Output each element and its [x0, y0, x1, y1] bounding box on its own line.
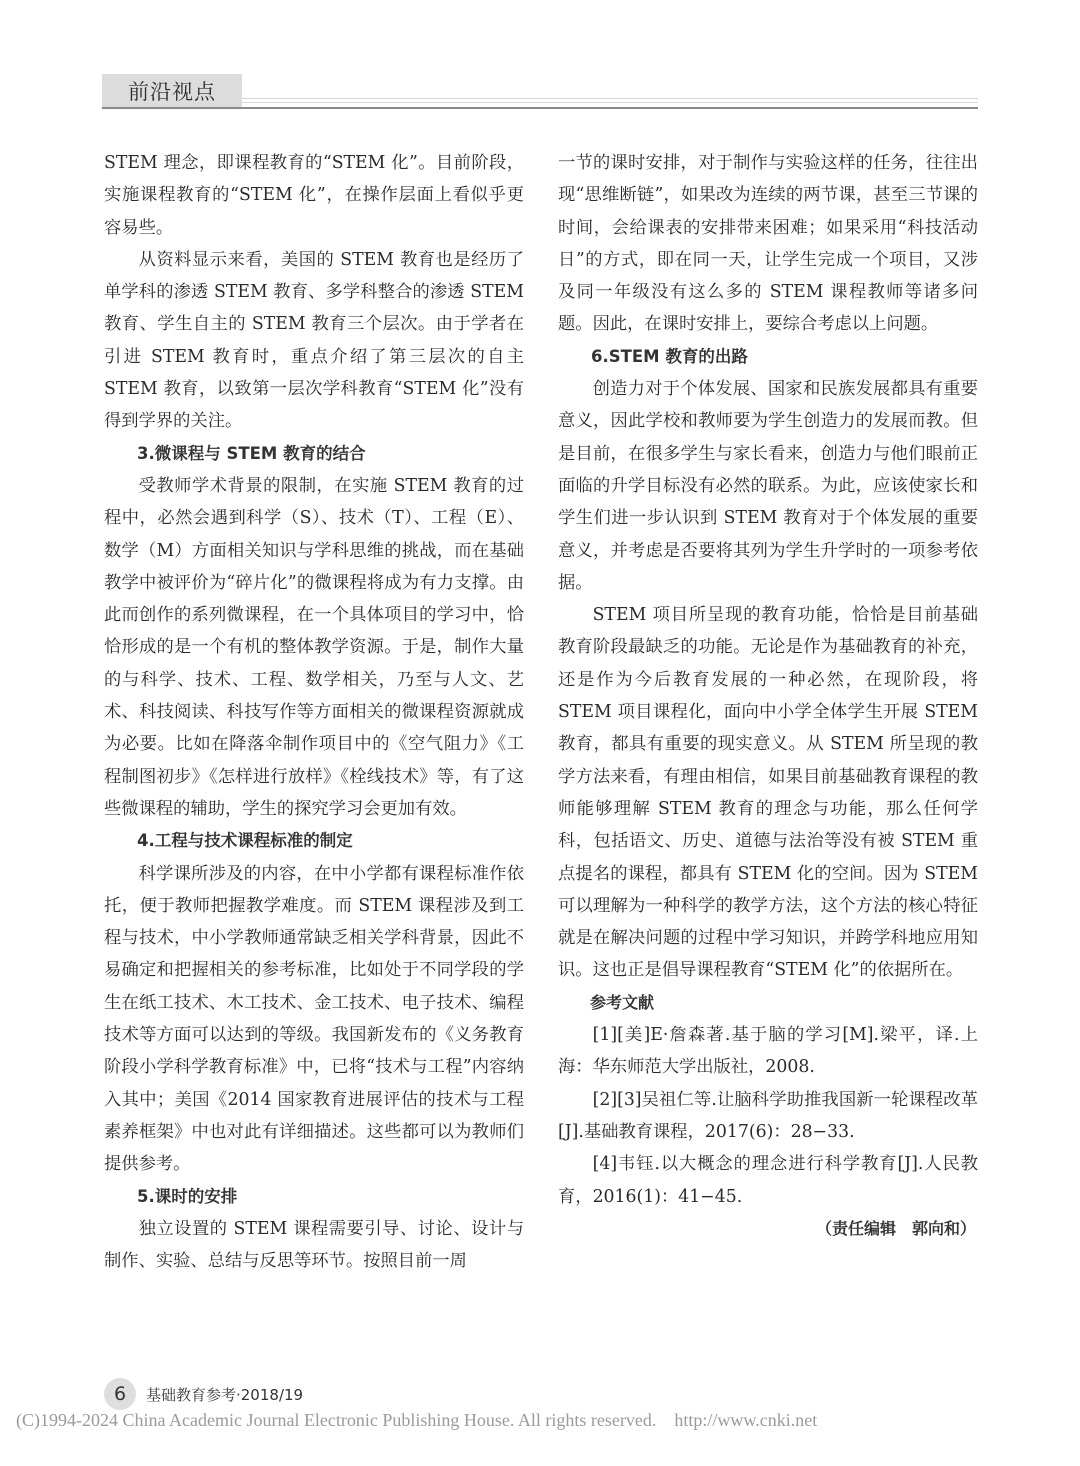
page-footer: 6 基础教育参考·2018/19 [104, 1378, 303, 1410]
paragraph: STEM 理念，即课程教育的“STEM 化”。目前阶段，实施课程教育的“STEM… [104, 147, 524, 244]
paragraph: 创造力对于个体发展、国家和民族发展都具有重要意义，因此学校和教师要为学生创造力的… [558, 373, 978, 599]
paragraph: 科学课所涉及的内容，在中小学都有课程标准作依托，便于教师把握教学难度。而 STE… [104, 858, 524, 1181]
section-heading: 3.微课程与 STEM 教育的结合 [104, 438, 524, 470]
section-title: 前沿视点 [102, 74, 242, 108]
paragraph: 从资料显示来看，美国的 STEM 教育也是经历了单学科的渗透 STEM 教育、多… [104, 244, 524, 438]
reference-item: [2][3]吴祖仁等.让脑科学助推我国新一轮课程改革[J].基础教育课程，201… [558, 1084, 978, 1149]
left-column: STEM 理念，即课程教育的“STEM 化”。目前阶段，实施课程教育的“STEM… [104, 147, 524, 1277]
copyright-notice: (C)1994-2024 China Academic Journal Elec… [16, 1410, 817, 1431]
journal-issue: 基础教育参考·2018/19 [146, 1384, 303, 1405]
header-rule [242, 102, 978, 103]
paragraph: 一节的课时安排，对于制作与实验这样的任务，往往出现“思维断链”，如果改为连续的两… [558, 147, 978, 341]
paragraph: 受教师学术背景的限制，在实施 STEM 教育的过程中，必然会遇到科学（S）、技术… [104, 470, 524, 825]
section-heading: 4.工程与技术课程标准的制定 [104, 825, 524, 857]
header-rule-dark [102, 107, 978, 109]
section-heading: 5.课时的安排 [104, 1181, 524, 1213]
reference-item: [1][美]E·詹森著.基于脑的学习[M].梁平，译.上海：华东师范大学出版社，… [558, 1019, 978, 1084]
section-heading: 6.STEM 教育的出路 [558, 341, 978, 373]
paragraph: STEM 项目所呈现的教育功能，恰恰是目前基础教育阶段最缺乏的功能。无论是作为基… [558, 599, 978, 987]
section-header: 前沿视点 [102, 74, 978, 109]
page-number-badge: 6 [104, 1378, 136, 1410]
references-title: 参考文献 [558, 987, 978, 1019]
header-rule [242, 98, 978, 99]
right-column: 一节的课时安排，对于制作与实验这样的任务，往往出现“思维断链”，如果改为连续的两… [558, 147, 978, 1245]
responsible-editor: （责任编辑 郭向和） [558, 1213, 978, 1245]
reference-item: [4]韦钰.以大概念的理念进行科学教育[J].人民教育，2016(1)：41−4… [558, 1148, 978, 1213]
paragraph: 独立设置的 STEM 课程需要引导、讨论、设计与制作、实验、总结与反思等环节。按… [104, 1213, 524, 1278]
